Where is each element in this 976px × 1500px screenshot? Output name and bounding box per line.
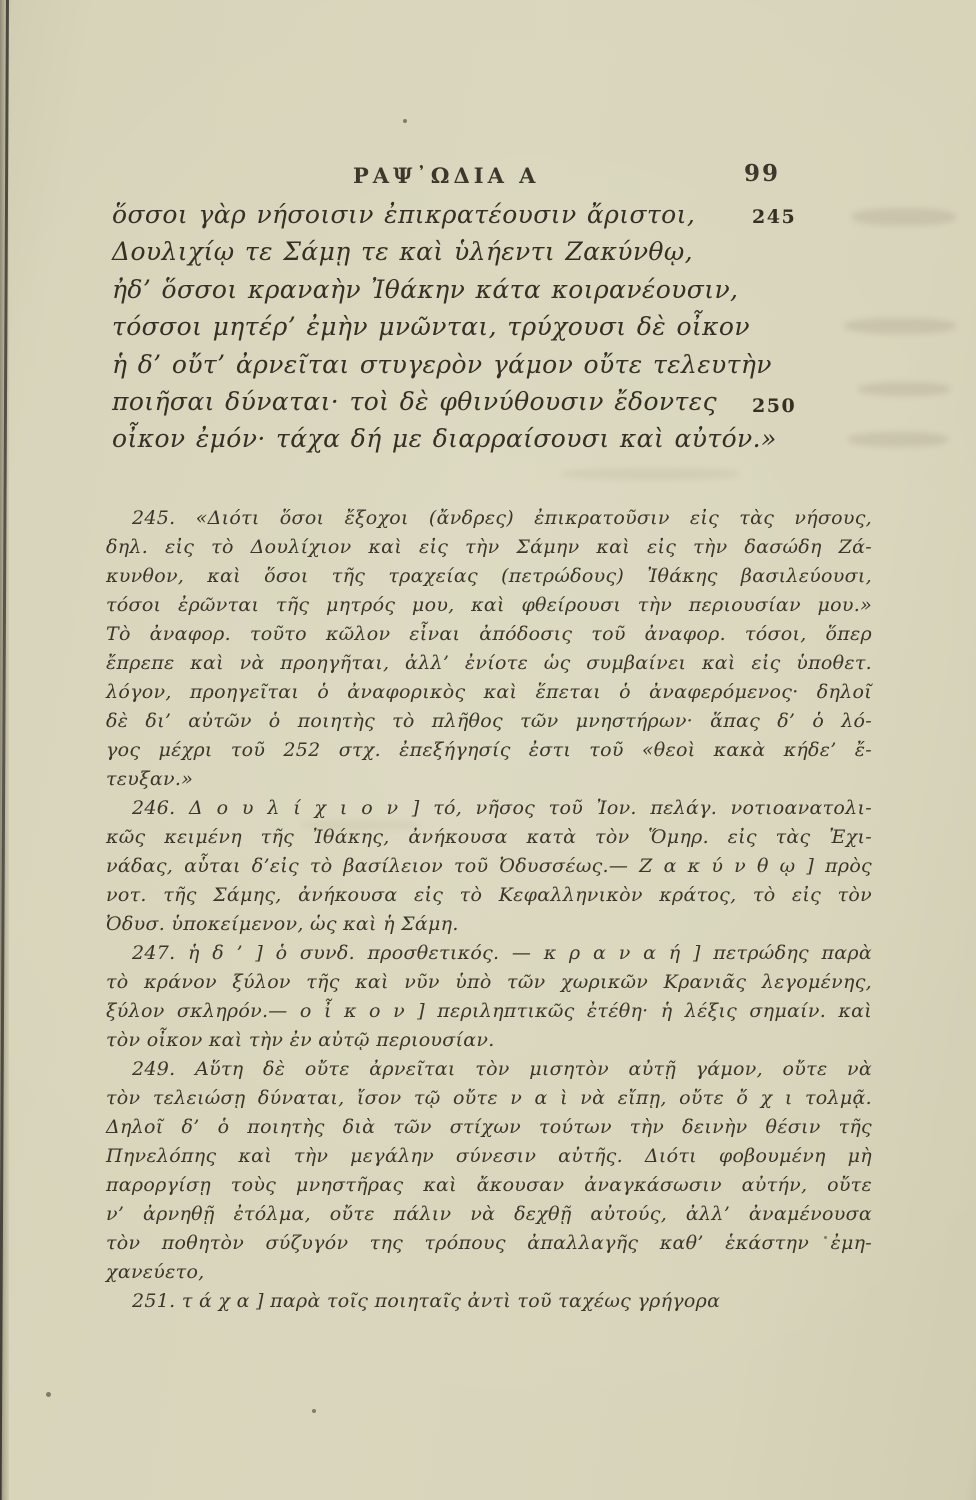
verse-line: ἠδ’ ὅσσοι κραναὴν Ἰθάκην κάτα κοιρανέουσ…	[112, 271, 812, 308]
paper-speck	[824, 1236, 827, 1239]
note-line: ἔπρεπε καὶ νὰ προηγῆται, ἀλλ’ ἐνίοτε ὡς …	[106, 649, 872, 678]
note-247: 247. ἡ δ ’ ] ὁ συνδ. προσθετικός. — κ ρ …	[106, 939, 872, 1055]
bleedthrough-smudge	[852, 208, 956, 226]
note-line: Ὀδυσ. ὑποκείμενον, ὡς καὶ ἡ Σάμη.	[106, 910, 872, 939]
verse-line: ὅσσοι γὰρ νήσοισιν ἐπικρατέουσιν ἄριστοι…	[112, 196, 812, 233]
commentary-block: 245. «Διότι ὅσοι ἔξοχοι (ἄνδρες) ἐπικρατ…	[106, 504, 872, 1316]
note-line: τὸν τελειώσῃ δύναται, ἴσον τῷ οὔτε ν α ὶ…	[106, 1084, 872, 1113]
note-245: 245. «Διότι ὅσοι ἔξοχοι (ἄνδρες) ἐπικρατ…	[106, 504, 872, 794]
note-line: δὲ δι’ αὐτῶν ὁ ποιητὴς τὸ πλῆθος τῶν μνη…	[106, 707, 872, 736]
note-line: 249. Αὕτη δὲ οὔτε ἀρνεῖται τὸν μισητὸν α…	[106, 1055, 872, 1084]
book-page: ΡΑΨ᾿ΩΔΙΑ Α 99 ὅσσοι γὰρ νήσοισιν ἐπικρατ…	[0, 0, 976, 1500]
note-line: νάδας, αὗται δ’εἰς τὸ βασίλειον τοῦ Ὀδυσ…	[106, 852, 872, 881]
verse-line: ἡ δ’ οὔτ’ ἀρνεῖται στυγερὸν γάμον οὔτε τ…	[112, 346, 812, 383]
note-line: Πηνελόπης καὶ τὴν μεγάλην σύνεσιν αὐτῆς.…	[106, 1142, 872, 1171]
verse-margin-number-245: 245	[752, 206, 812, 228]
paper-speck	[46, 1392, 51, 1397]
note-line: τευξαν.»	[106, 765, 872, 794]
note-249: 249. Αὕτη δὲ οὔτε ἀρνεῖται τὸν μισητὸν α…	[106, 1055, 872, 1287]
note-line: τὸν οἶκον καὶ τὴν ἐν αὐτῷ περιουσίαν.	[106, 1026, 872, 1055]
bleedthrough-smudge	[844, 318, 956, 334]
note-line: 247. ἡ δ ’ ] ὁ συνδ. προσθετικός. — κ ρ …	[106, 939, 872, 968]
paper-speck	[403, 119, 407, 123]
note-line: κυνθον, καὶ ὅσοι τῆς τραχείας (πετρώδους…	[106, 562, 872, 591]
note-line: γος μέχρι τοῦ 252 στχ. ἐπεξήγησίς ἐστι τ…	[106, 736, 872, 765]
verse-line: Δουλιχίῳ τε Σάμῃ τε καὶ ὑλήεντι Ζακύνθῳ,	[112, 233, 812, 270]
note-line: Τὸ ἀναφορ. τοῦτο κῶλον εἶναι ἀπόδοσις το…	[106, 620, 872, 649]
note-line: κῶς κειμένη τῆς Ἰθάκης, ἀνήκουσα κατὰ τὸ…	[106, 823, 872, 852]
note-line: νοτ. τῆς Σάμης, ἀνήκουσα εἰς τὸ Κεφαλλην…	[106, 881, 872, 910]
note-line: λόγον, προηγεῖται ὁ ἀναφορικὸς καὶ ἕπετα…	[106, 678, 872, 707]
paper-speck	[312, 1409, 316, 1413]
note-line: 246. Δ ο υ λ ί χ ι ο ν ] τό, νῆσος τοῦ Ἰ…	[106, 794, 872, 823]
note-line: 251. τ ά χ α ] παρὰ τοῖς ποιηταῖς ἀντὶ τ…	[106, 1287, 872, 1316]
note-line: 245. «Διότι ὅσοι ἔξοχοι (ἄνδρες) ἐπικρατ…	[106, 504, 872, 533]
note-251: 251. τ ά χ α ] παρὰ τοῖς ποιηταῖς ἀντὶ τ…	[106, 1287, 872, 1316]
note-line: Δηλοῖ δ’ ὁ ποιητὴς διὰ τῶν στίχων τούτων…	[106, 1113, 872, 1142]
verse-line: οἶκον ἐμόν· τάχα δή με διαρραίσουσι καὶ …	[112, 420, 812, 457]
verse-margin-number-250: 250	[752, 395, 812, 417]
note-246: 246. Δ ο υ λ ί χ ι ο ν ] τό, νῆσος τοῦ Ἰ…	[106, 794, 872, 939]
page-title: ΡΑΨ᾿ΩΔΙΑ Α	[353, 163, 539, 188]
page-number: 99	[744, 160, 780, 187]
note-line: παροργίσῃ τοὺς μνηστῆρας καὶ ἄκουσαν ἀνα…	[106, 1171, 872, 1200]
verse-block: ὅσσοι γὰρ νήσοισιν ἐπικρατέουσιν ἄριστοι…	[112, 196, 812, 458]
bleedthrough-smudge	[300, 820, 420, 830]
verse-line: ποιῆσαι δύναται· τοὶ δὲ φθινύθουσιν ἔδον…	[112, 383, 812, 420]
note-line: χανεύετο,	[106, 1258, 872, 1287]
bleedthrough-smudge	[560, 468, 740, 480]
note-line: δηλ. εἰς τὸ Δουλίχιον καὶ εἰς τὴν Σάμην …	[106, 533, 872, 562]
note-line: τὸν ποθητὸν σύζυγόν της τρόπους ἀπαλλαγῆ…	[106, 1229, 872, 1258]
verse-line: τόσσοι μητέρ’ ἐμὴν μνῶνται, τρύχουσι δὲ …	[112, 308, 812, 345]
bleedthrough-smudge	[848, 432, 948, 447]
note-line: τόσοι ἐρῶνται τῆς μητρός μου, καὶ φθείρο…	[106, 591, 872, 620]
note-line: τὸ κράνον ξύλον τῆς καὶ νῦν ὑπὸ τῶν χωρι…	[106, 968, 872, 997]
bleedthrough-smudge	[858, 382, 950, 396]
note-line: ν’ ἀρνηθῇ ἐτόλμα, οὔτε πάλιν νὰ δεχθῇ αὐ…	[106, 1200, 872, 1229]
note-line: ξύλον σκληρόν.— ο ἶ κ ο ν ] περιληπτικῶς…	[106, 997, 872, 1026]
